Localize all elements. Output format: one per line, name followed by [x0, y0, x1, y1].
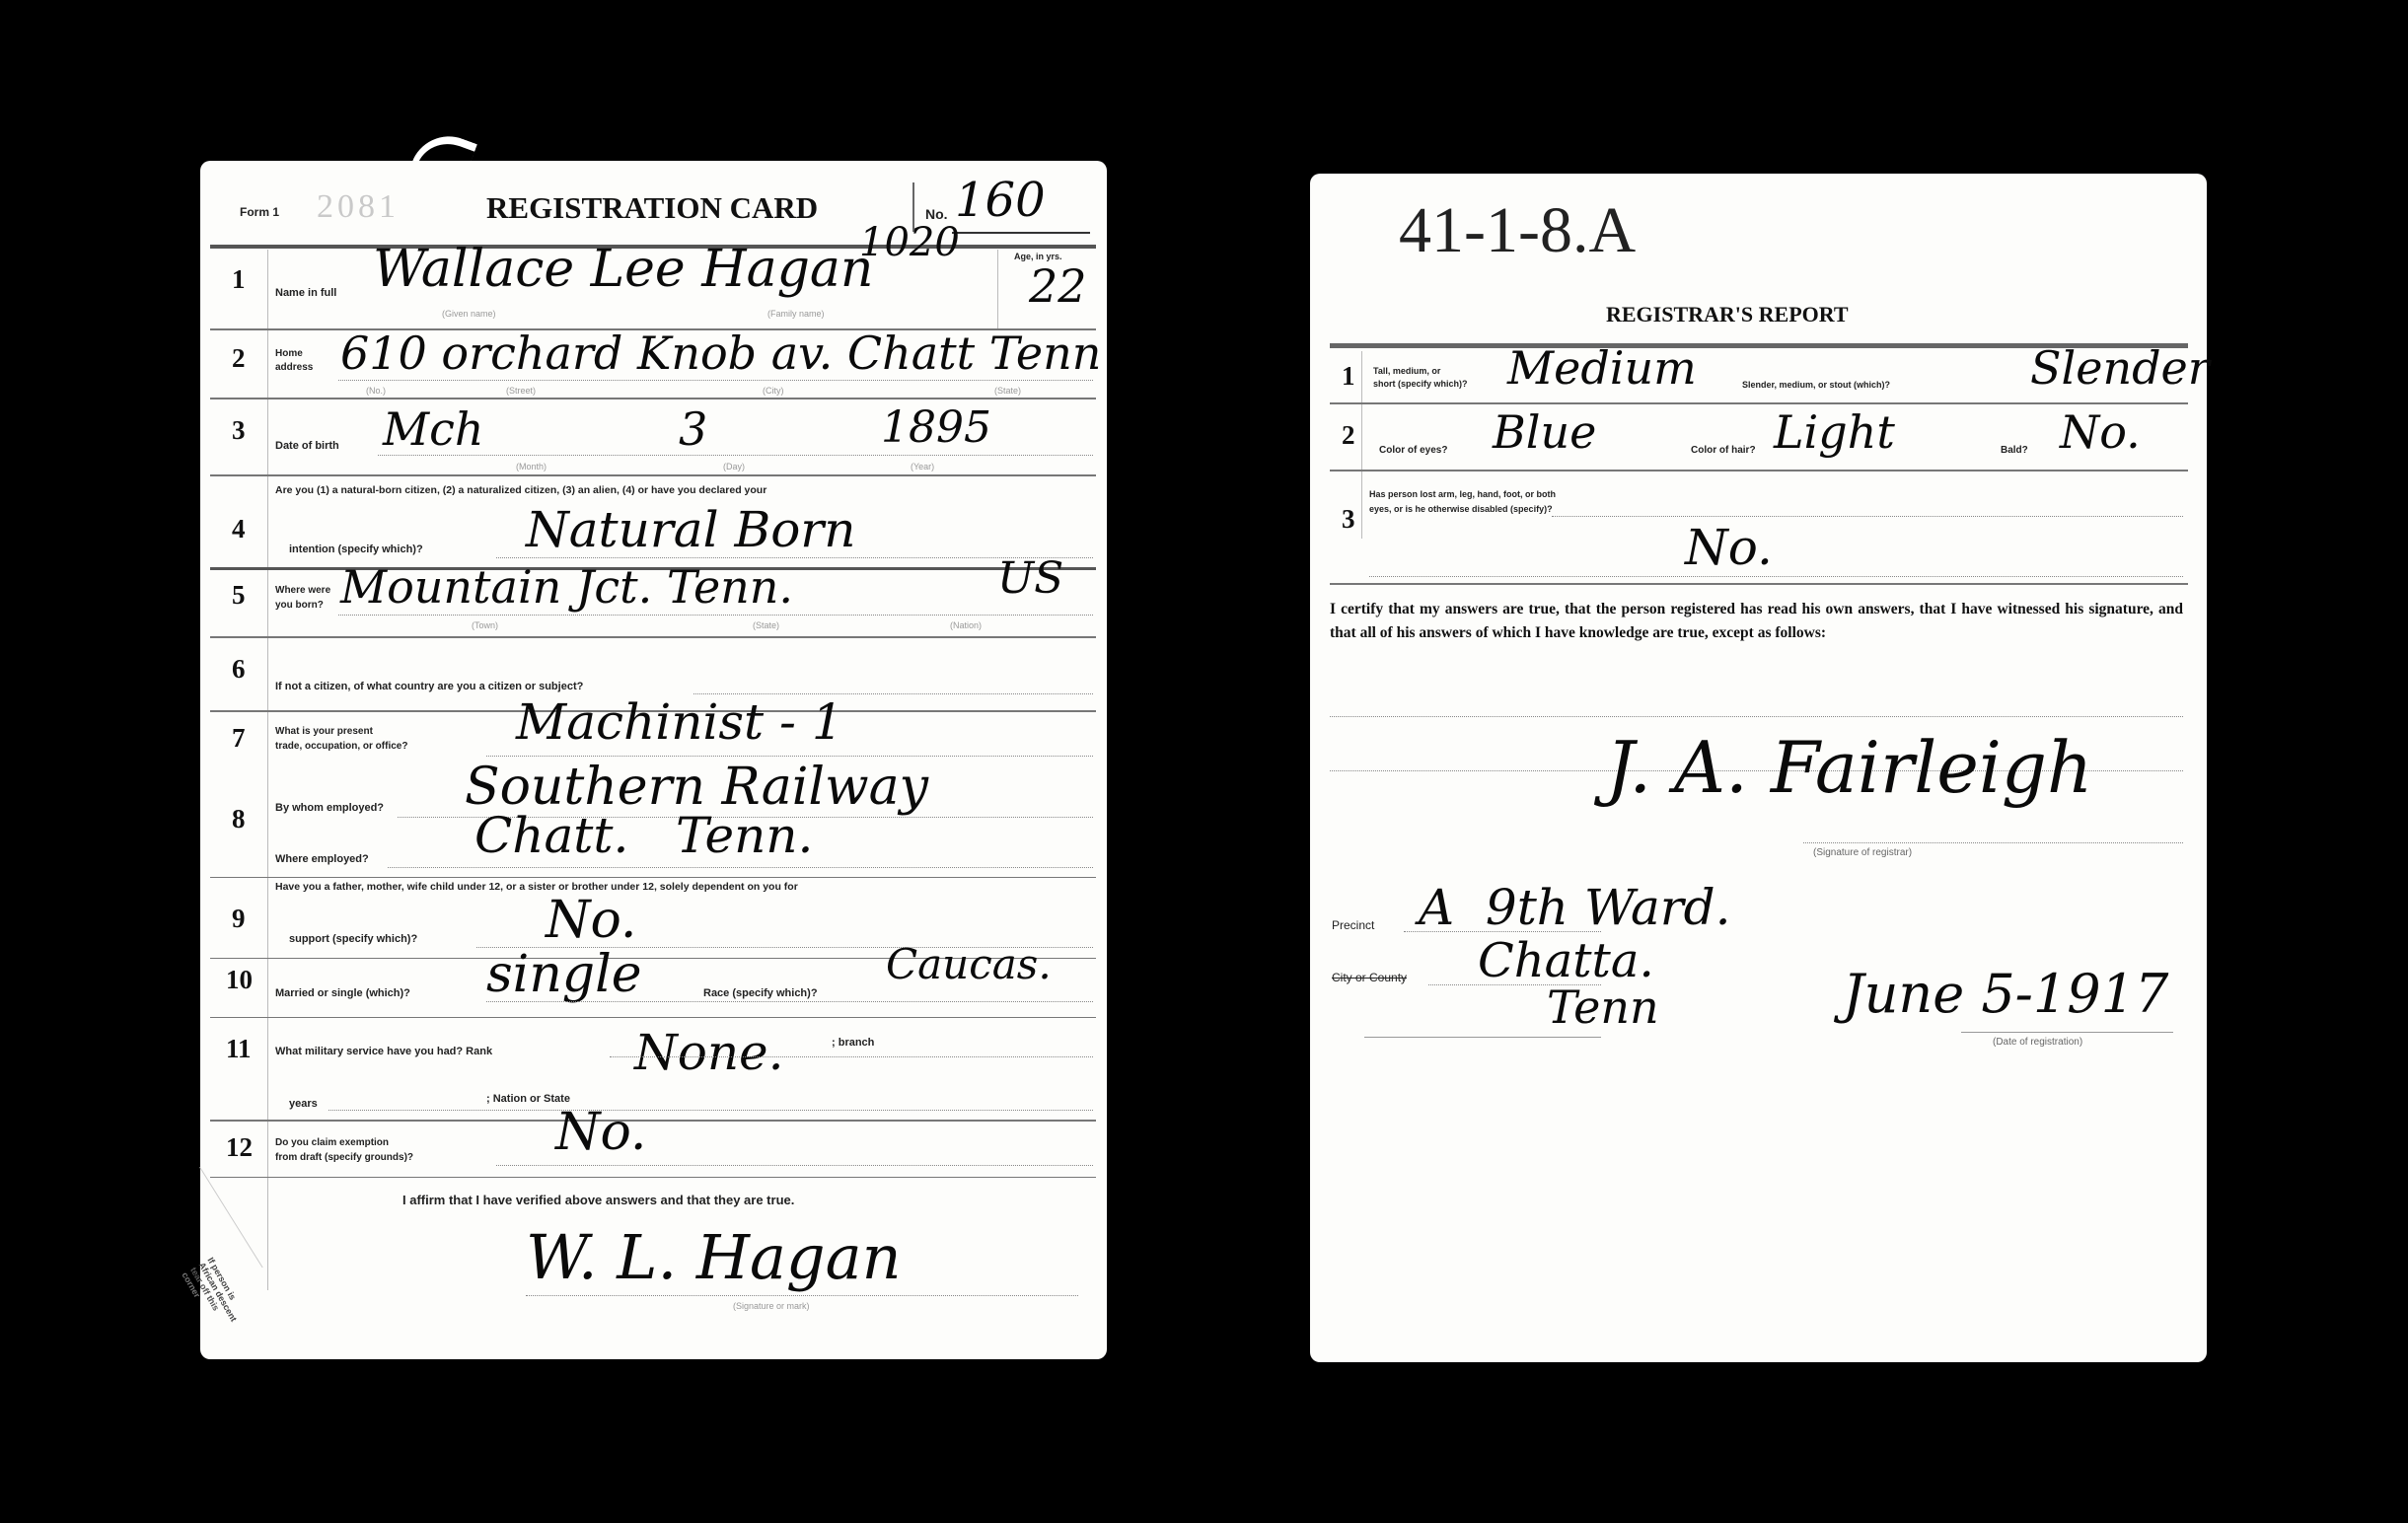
card-title: REGISTRATION CARD [486, 190, 818, 226]
build-label: Slender, medium, or stout (which)? [1742, 380, 1890, 390]
report-serial: 41-1-8.A [1399, 193, 1636, 268]
registrant-signature: W. L. Hagan [526, 1221, 902, 1293]
bald-label: Bald? [2001, 445, 2028, 456]
work-location-value: Chatt. Tenn. [474, 807, 813, 864]
row-number: 12 [226, 1132, 253, 1163]
marital-label: Married or single (which)? [275, 987, 410, 999]
row-number: 11 [226, 1034, 252, 1064]
year-caption: (Year) [911, 462, 934, 471]
street-caption: (Street) [506, 386, 536, 396]
report-title: REGISTRAR'S REPORT [1606, 302, 1849, 327]
card-number: 160 [955, 173, 1046, 228]
row-number: 6 [232, 654, 246, 685]
height-value: Medium [1507, 341, 1697, 395]
family-name-caption: (Family name) [767, 309, 825, 319]
occupation-label: What is your present [275, 726, 373, 737]
exemption-value: No. [555, 1103, 646, 1162]
disability-value: No. [1685, 519, 1773, 576]
occupation-label-2: trade, occupation, or office? [275, 741, 407, 752]
military-label: What military service have you had? Rank [275, 1046, 492, 1057]
town-caption: (Town) [472, 620, 498, 630]
dob-label: Date of birth [275, 440, 339, 452]
citizenship-question: Are you (1) a natural-born citizen, (2) … [275, 484, 766, 496]
registrars-report-card: 41-1-8.A REGISTRAR'S REPORT 1 Tall, medi… [1310, 174, 2207, 1362]
form-label: Form 1 [240, 205, 279, 219]
support-label: support (specify which)? [289, 933, 417, 945]
precinct-label: Precinct [1332, 918, 1374, 932]
name-value: Wallace Lee Hagan [373, 240, 873, 299]
bald-value: No. [2060, 405, 2141, 459]
given-name-caption: (Given name) [442, 309, 496, 319]
birthplace-nation: US [997, 553, 1063, 604]
city-county-label: City or County [1332, 971, 1407, 984]
row-number: 3 [232, 415, 246, 446]
precinct-value: A 9th Ward. [1419, 879, 1731, 936]
work-location-label: Where employed? [275, 853, 369, 865]
state-value: Tenn [1547, 980, 1659, 1034]
nation-caption: (Nation) [950, 620, 982, 630]
citizen-country-label: If not a citizen, of what country are yo… [275, 681, 583, 692]
build-value: Slender [2030, 341, 2210, 395]
row-number: 5 [232, 580, 246, 611]
row-number: 2 [1342, 420, 1355, 451]
height-label-2: short (specify which)? [1373, 379, 1468, 389]
dob-month: Mch [383, 402, 484, 456]
row-number: 4 [232, 514, 246, 544]
corner-note: If person is African descent tear off th… [180, 1256, 247, 1333]
day-caption: (Day) [723, 462, 745, 471]
home-label: Home [275, 348, 303, 359]
age-value: 22 [1029, 259, 1087, 313]
certification-text: I certify that my answers are true, that… [1330, 598, 2183, 645]
state-caption: (State) [994, 386, 1021, 396]
dob-day: 3 [679, 402, 707, 456]
occupation-value: Machinist - 1 [516, 693, 843, 751]
row-number: 8 [232, 804, 246, 834]
name-label: Name in full [275, 287, 336, 299]
dependents-value: No. [546, 891, 636, 950]
military-value: None. [634, 1024, 784, 1081]
years-label: years [289, 1098, 318, 1110]
registrar-signature: J. A. Fairleigh [1606, 726, 2092, 809]
row-number: 2 [232, 343, 246, 374]
employer-label: By whom employed? [275, 802, 384, 814]
birthplace-town: Mountain Jct. Tenn. [340, 560, 793, 614]
intention-label: intention (specify which)? [289, 544, 423, 555]
marital-value: single [486, 945, 642, 1004]
affirmation-text: I affirm that I have verified above answ… [402, 1193, 794, 1207]
disability-label: Has person lost arm, leg, hand, foot, or… [1369, 489, 1556, 499]
address-value: 610 orchard Knob av. Chatt Tenn [340, 326, 1101, 380]
serial-stamp: 2081 [317, 188, 400, 226]
registration-card: Form 1 2081 REGISTRATION CARD No. 160 1 … [200, 161, 1107, 1359]
race-value: Caucas. [886, 940, 1052, 988]
name-extra-number: 1020 [859, 220, 960, 265]
race-label: Race (specify which)? [703, 987, 818, 999]
month-caption: (Month) [516, 462, 547, 471]
exemption-label-2: from draft (specify grounds)? [275, 1152, 413, 1163]
row-number: 10 [226, 965, 253, 995]
row-number: 1 [232, 264, 246, 295]
disability-label-2: eyes, or is he otherwise disabled (speci… [1369, 504, 1553, 514]
eye-color-label: Color of eyes? [1379, 445, 1447, 456]
row-number: 1 [1342, 361, 1355, 392]
dob-year: 1895 [881, 402, 991, 453]
state-caption: (State) [753, 620, 779, 630]
registration-date: June 5-1917 [1843, 963, 2168, 1025]
height-label: Tall, medium, or [1373, 366, 1440, 376]
row-number: 9 [232, 904, 246, 934]
citizenship-value: Natural Born [526, 501, 855, 558]
registrar-signature-caption: (Signature of registrar) [1813, 847, 1912, 858]
row-number: 3 [1342, 504, 1355, 535]
registration-date-caption: (Date of registration) [1993, 1037, 2082, 1048]
dependents-question: Have you a father, mother, wife child un… [275, 881, 798, 893]
no-caption: (No.) [366, 386, 386, 396]
birthplace-label-2: you born? [275, 600, 324, 611]
hair-color-label: Color of hair? [1691, 445, 1756, 456]
eye-color-value: Blue [1493, 405, 1596, 459]
row-number: 7 [232, 723, 246, 754]
branch-label: ; branch [832, 1037, 874, 1049]
address-label: address [275, 362, 313, 373]
exemption-label: Do you claim exemption [275, 1137, 389, 1148]
hair-color-value: Light [1774, 405, 1895, 459]
signature-caption: (Signature or mark) [733, 1301, 810, 1311]
birthplace-label: Where were [275, 585, 330, 596]
city-caption: (City) [763, 386, 784, 396]
